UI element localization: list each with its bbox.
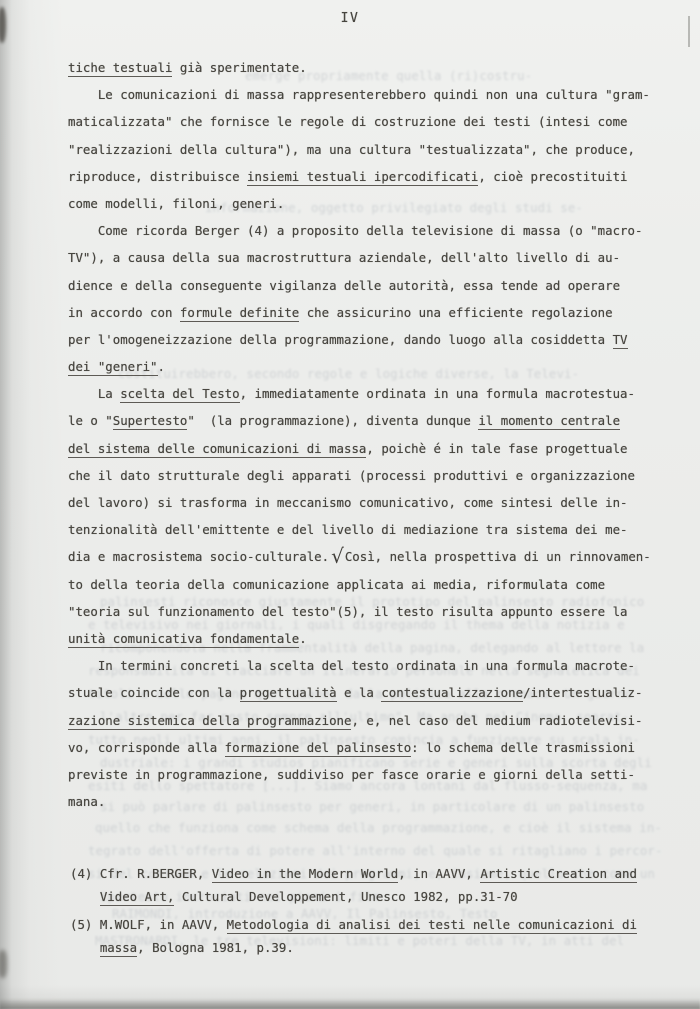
text-line: previste in programmazione, suddiviso pe… (68, 761, 668, 788)
text-line: che il dato strutturale degli apparati (… (68, 462, 668, 489)
text-line: "teoria sul funzionamento del testo"(5),… (68, 598, 668, 625)
text-line: del lavoro) si trasforma in meccanismo c… (68, 489, 668, 516)
body-text: tiche testuali già sperimentate. Le comu… (68, 54, 668, 815)
text-line: Come ricorda Berger (4) a proposito dell… (68, 217, 668, 244)
text-line: in accordo con formule definite che assi… (68, 299, 668, 326)
text-line: massa, Bologna 1981, p.39. (70, 936, 670, 959)
text-line: TV"), a causa della sua macrostruttura a… (68, 244, 668, 271)
text-line: "realizzazioni della cultura"), ma una c… (68, 136, 668, 163)
text-line: In termini concreti la scelta del testo … (68, 652, 668, 679)
text-line: come modelli, filoni, generi. (68, 190, 668, 217)
text-line: dia e macrosistema socio-culturale.√Così… (68, 543, 668, 570)
text-line: tiche testuali già sperimentate. (68, 54, 668, 81)
text-line: stuale coincide con la progettualità e l… (68, 679, 668, 706)
text-line: (5) M.WOLF, in AAVV, Metodologia di anal… (70, 913, 670, 936)
footnotes-section: (4) Cfr. R.BERGER, Video in the Modern W… (70, 862, 670, 959)
bleedthrough-text-line: tegrato dell'offerta di potere all'inter… (88, 843, 663, 858)
text-line: tenzionalità dell'emittente e del livell… (68, 516, 668, 543)
text-line: dience e della conseguente vigilanza del… (68, 272, 668, 299)
text-line: zazione sistemica della programmazione, … (68, 707, 668, 734)
text-line: per l'omogeneizzazione della programmazi… (68, 326, 668, 353)
footnote-5: (5) M.WOLF, in AAVV, Metodologia di anal… (70, 913, 670, 959)
text-line: riproduce, distribuisce insiemi testuali… (68, 163, 668, 190)
text-line: le o "Supertesto" (la programmazione), d… (68, 407, 668, 434)
scanned-document-page: emerge propriamente quella (ri)costru-in… (0, 0, 700, 1009)
text-line: Le comunicazioni di massa rappresentereb… (68, 81, 668, 108)
bleedthrough-text-line: quello che funziona come schema della pr… (95, 820, 662, 835)
text-line: vo, corrisponde alla formazione del pali… (68, 734, 668, 761)
text-line: dei "generi". (68, 353, 668, 380)
text-line: (4) Cfr. R.BERGER, Video in the Modern W… (70, 862, 670, 885)
footnote-4: (4) Cfr. R.BERGER, Video in the Modern W… (70, 862, 670, 908)
text-line: to della teoria della comunicazione appl… (68, 571, 668, 598)
text-line: mana. (68, 788, 668, 815)
text-line: La scelta del Testo, immediatamente ordi… (68, 380, 668, 407)
text-line: Video Art, Cultural Developpement, Unesc… (70, 885, 670, 908)
text-line: unità comunicativa fondamentale. (68, 625, 668, 652)
page-number: IV (0, 11, 700, 26)
text-line: del sistema delle comunicazioni di massa… (68, 435, 668, 462)
text-line: maticalizzata" che fornisce le regole di… (68, 108, 668, 135)
